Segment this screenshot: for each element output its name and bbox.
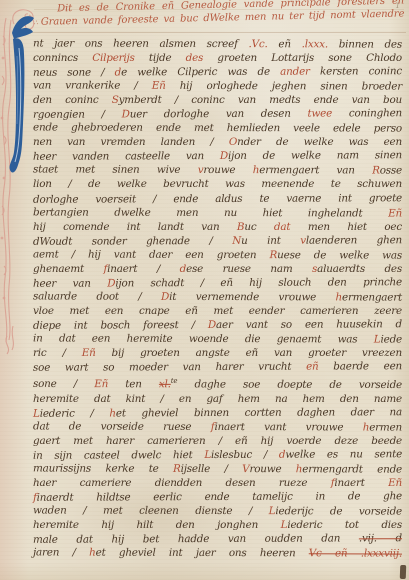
text-line: bertangien dwelke men nu hiet inghelandt… (33, 205, 402, 220)
text-line: soe wart so moeder van harer vrucht eñ b… (33, 359, 402, 375)
text-line: nt jaer ons heeren alsmen screef .Vc. eñ… (33, 36, 402, 51)
initial-penwork-drawing (0, 6, 36, 356)
text-line: van vrankerike / Eñ hij orloghede jeghen… (33, 79, 402, 94)
text-line: lion / de welke bevrucht was meenende te… (33, 177, 402, 191)
ink-stain (400, 565, 406, 579)
text-line: den coninc Symberdt / coninc van medts e… (33, 93, 402, 107)
text-line: connincs Cilperijs tijde des groeten Lot… (33, 51, 402, 65)
text-line: dat de vorseide ruese finaert vant vrouw… (33, 419, 402, 434)
text-line: diepe int bosch foreest / Daer vant so e… (33, 317, 402, 333)
text-line: dWoudt sonder ghenade / Nu int vlaendere… (33, 233, 402, 249)
text-line: dorloghe voerseit / ende aldus te vaerne… (33, 191, 402, 207)
manuscript-page: 1 Dit es de Cronike eñ Genealogie vande … (0, 0, 409, 580)
text-line: heremite hij hilt den jonghen Liederic t… (33, 518, 402, 532)
text-line: nen van vremden landen / Onder de welke … (33, 135, 402, 149)
text-line: heremite dat kint / en gaf hem na hem de… (33, 392, 402, 406)
text-line: sone / Eñ ten xl.te daghe soe doepte de … (33, 374, 402, 393)
text-line: haer cameriere diendden desen rueze fina… (33, 476, 402, 490)
text-line: in sijn casteel dwelc hiet Lislesbuc / d… (33, 447, 402, 463)
text-line: hij comende int landt van Buc dat men hi… (33, 220, 402, 234)
text-line: ric / Eñ bij groeten angste eñ van groet… (33, 346, 402, 360)
manuscript-text: nt jaer ons heeren alsmen screef .Vc. eñ… (33, 37, 402, 560)
text-line: in dat een heremite woende die genaemt w… (33, 331, 402, 346)
text-line: vloe met een cnape eñ met eender camerie… (33, 304, 402, 318)
text-line: neus sone / de welke Cilperic was de and… (33, 64, 402, 80)
text-line: saluarde doot / Dit vernemende vrouwe he… (33, 289, 402, 304)
text-line: Liederic / het gheviel binnen cortten da… (33, 405, 402, 421)
text-line: ghenaemt finaert / dese ruese nam saluae… (33, 262, 402, 276)
text-line: jaren / het gheviel int jaer ons heeren … (33, 546, 402, 561)
text-line: waden / met cleenen dienste / Liederijc … (33, 503, 402, 518)
text-line: finaerdt hildtse eerlic ende tamelijc in… (33, 489, 402, 505)
text-line: maurissijns kerke te Rijselle / Vrouwe h… (33, 461, 402, 476)
ruling-line-under-rubric (30, 32, 406, 33)
text-line: aemt / hij vant daer een groeten Ruese d… (33, 247, 402, 262)
decorated-initial-I (0, 6, 36, 356)
text-line: ende ghebroederen ende met hemlieden vee… (33, 121, 402, 136)
text-line: staet met sinen wive vrouwe hermengaert … (33, 163, 402, 178)
text-line: gaert met harer camerieren / eñ hij voer… (33, 434, 402, 448)
text-line: heer van Dijon schadt / eñ hij slouch de… (33, 275, 402, 291)
rubric: Dit es de Cronike eñ Genealogie vande pr… (30, 0, 405, 30)
